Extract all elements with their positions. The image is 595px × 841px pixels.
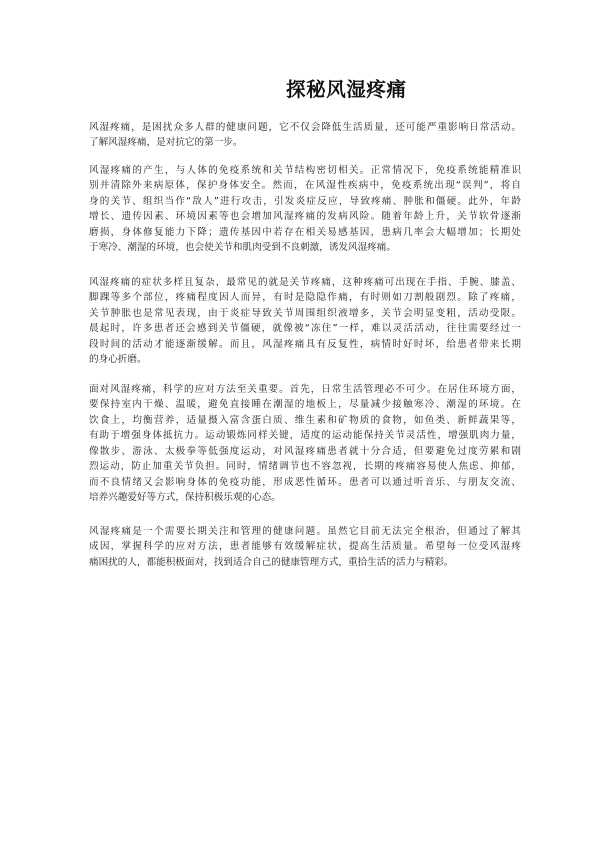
paragraph-causes: 风湿疼痛的产生，与人体的免疫系统和关节结构密切相关。正常情况下，免疫系统能精准识… <box>89 163 521 256</box>
text-line: 段时间的活动才能逐渐缓解。而且，风湿疼痛具有反复性，病情时好时坏，给患者带来长期 <box>89 337 521 352</box>
text-line: 关节肿胀也是常见表现，由于炎症导致关节周围组织液增多，关节会明显变粗，活动受限。 <box>89 306 521 321</box>
text-line: 脚踝等多个部位，疼痛程度因人而异，有时是隐隐作痛，有时则如刀割般剧烈。除了疼痛， <box>89 290 521 305</box>
text-line: 成因，掌握科学的应对方法，患者能够有效缓解症状，提高生活质量。希望每一位受风湿疼 <box>89 539 521 554</box>
text-line: 风湿疼痛的症状多样且复杂，最常见的就是关节疼痛，这种疼痛可出现在手指、手腕、膝盖… <box>89 275 521 290</box>
document-title: 探秘风湿疼痛 <box>286 74 407 102</box>
text-line: 饮食上，均衡营养，适量摄入富含蛋白质、维生素和矿物质的食物，如鱼类、新鲜蔬果等， <box>89 413 521 428</box>
text-line: 于寒冷、潮湿的环境，也会使关节和肌肉受到不良刺激，诱发风湿疼痛。 <box>89 240 521 255</box>
text-line: 痛困扰的人，都能积极面对，找到适合自己的健康管理方式，重拾生活的活力与精彩。 <box>89 555 521 570</box>
paragraph-coping: 面对风湿疼痛，科学的应对方法至关重要。首先，日常生活管理必不可少。在居住环境方面… <box>89 382 521 506</box>
text-line: 晨起时，许多患者还会感到关节僵硬，就像被“冻住”一样，难以灵活活动，往往需要经过… <box>89 321 521 336</box>
text-line: 像散步、游泳、太极拳等低强度运动，对风湿疼痛患者就十分合适，但要避免过度劳累和剧 <box>89 444 521 459</box>
text-line: 烈运动，防止加重关节负担。同时，情绪调节也不容忽视，长期的疼痛容易使人焦虑、抑郁… <box>89 459 521 474</box>
text-line: 而不良情绪又会影响身体的免疫功能，形成恶性循环。患者可以通过听音乐、与朋友交流、 <box>89 475 521 490</box>
text-line: 的身心折磨。 <box>89 352 521 367</box>
text-line: 别并清除外来病原体，保护身体安全。然而，在风湿性疾病中，免疫系统出现“误判”，将… <box>89 178 521 193</box>
paragraph-symptoms: 风湿疼痛的症状多样且复杂，最常见的就是关节疼痛，这种疼痛可出现在手指、手腕、膝盖… <box>89 275 521 368</box>
text-line: 培养兴趣爱好等方式，保持积极乐观的心态。 <box>89 490 521 505</box>
text-line: 风湿疼痛的产生，与人体的免疫系统和关节结构密切相关。正常情况下，免疫系统能精准识 <box>89 163 521 178</box>
text-line: 面对风湿疼痛，科学的应对方法至关重要。首先，日常生活管理必不可少。在居住环境方面… <box>89 382 521 397</box>
text-line: 风湿疼痛，是困扰众多人群的健康问题，它不仅会降低生活质量，还可能严重影响日常活动… <box>89 120 521 135</box>
text-line: 了解风湿疼痛，是对抗它的第一步。 <box>89 135 521 150</box>
text-line: 增长、遗传因素、环境因素等也会增加风湿疼痛的发病风险。随着年龄上升，关节软骨逐渐 <box>89 209 521 224</box>
text-line: 磨损，身体修复能力下降；遗传基因中若存在相关易感基因，患病几率会大幅增加；长期处 <box>89 225 521 240</box>
text-line: 身的关节、组织当作“敌人”进行攻击，引发炎症反应，导致疼痛、肿胀和僵硬。此外，年… <box>89 194 521 209</box>
text-line: 风湿疼痛是一个需要长期关注和管理的健康问题。虽然它目前无法完全根治，但通过了解其 <box>89 524 521 539</box>
text-line: 有助于增强身体抵抗力。运动锻炼同样关键，适度的运动能保持关节灵活性，增强肌肉力量… <box>89 428 521 443</box>
paragraph-conclusion: 风湿疼痛是一个需要长期关注和管理的健康问题。虽然它目前无法完全根治，但通过了解其… <box>89 524 521 570</box>
text-line: 要保持室内干燥、温暖，避免直接睡在潮湿的地板上，尽量减少接触寒冷、潮湿的环境。在 <box>89 397 521 412</box>
paragraph-intro: 风湿疼痛，是困扰众多人群的健康问题，它不仅会降低生活质量，还可能严重影响日常活动… <box>89 120 521 151</box>
